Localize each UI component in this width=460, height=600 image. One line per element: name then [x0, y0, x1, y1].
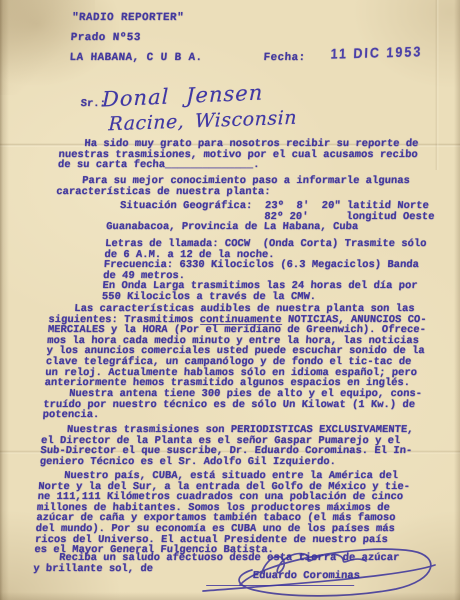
underline-continuamente	[200, 324, 282, 325]
paragraph-acknowledgement: Ha sido muy grato para nosotros recibir …	[58, 139, 419, 171]
paragraph-antenna: Nuestra antena tiene 300 pies de alto y …	[42, 389, 422, 421]
letter-content: "RADIO REPORTER" Prado Nº53 LA HABANA, C…	[0, 0, 460, 600]
letter-photo: { "letter": { "header": { "company": "\"…	[0, 0, 460, 600]
paper-sheet: "RADIO REPORTER" Prado Nº53 LA HABANA, C…	[0, 0, 460, 600]
date-stamp: 11 DIC 1953	[330, 44, 422, 62]
block-geographic-location: Situación Geográfica: 23º 8' 20" latitid…	[106, 201, 436, 233]
recipient-name-handwritten: Donal Jensen	[102, 80, 264, 111]
letterhead-company: "RADIO REPORTER"	[72, 13, 185, 24]
paragraph-about-cuba: Nuestro país, CUBA, está situado entre l…	[34, 471, 411, 556]
signature-underline	[206, 585, 354, 586]
letterhead-city: LA HABANA, C U B A.	[69, 53, 203, 64]
block-callsign-frequency: Letras de llamada: COCW (Onda Corta) Tra…	[101, 239, 426, 303]
recipient-location-handwritten: Racine, Wisconsin	[108, 107, 297, 136]
paragraph-programming: Las características audibles de nuestra …	[44, 304, 427, 389]
paragraph-intro: Para su mejor conocimiento paso a inform…	[56, 176, 410, 197]
letterhead-address: Prado Nº53	[70, 33, 141, 44]
date-label: Fecha:	[263, 53, 306, 64]
paragraph-staff: Nuestras trasmisiones son PERIODISTICAS …	[39, 425, 413, 467]
signature-typed-name: Eduardo Corominas	[252, 571, 360, 582]
